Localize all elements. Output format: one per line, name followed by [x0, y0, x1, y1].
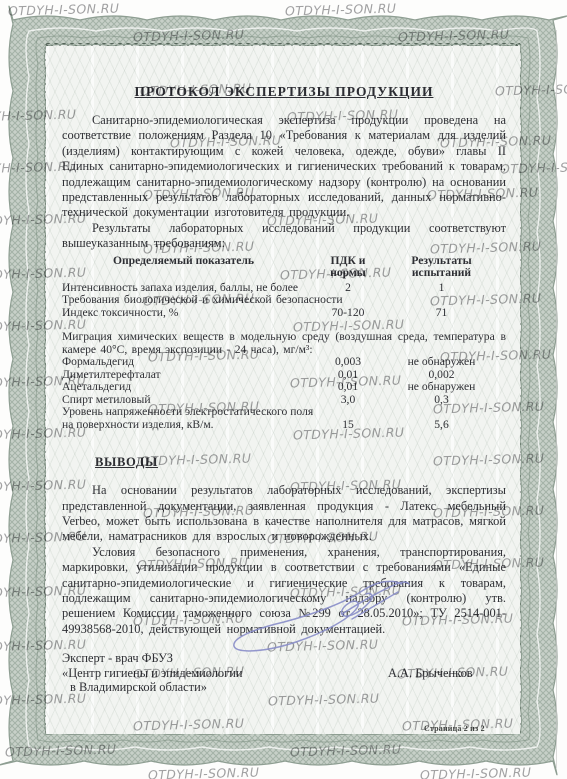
- header-indicator: Определяемый показатель: [62, 255, 305, 268]
- table-row: Ацетальдегид 0,01 не обнаружен: [62, 381, 506, 394]
- conclusions-heading: ВЫВОДЫ: [95, 455, 506, 470]
- page-number: Страница 2 из 2: [424, 724, 485, 733]
- expert-name: А.А. Брыченков: [388, 666, 473, 681]
- certificate-page: ПРОТОКОЛ ЭКСПЕРТИЗЫ ПРОДУКЦИИ Санитарно-…: [0, 0, 567, 779]
- header-result: Результаты испытаний: [391, 255, 506, 280]
- expert-org-line2: в Владимирской области»: [62, 680, 506, 695]
- results-table: Определяемый показатель ПДК и нормы Резу…: [62, 255, 506, 432]
- table-section-row: Требования биологической и химической бе…: [62, 294, 506, 307]
- scan-edge-line: [556, 30, 557, 768]
- table-header-row: Определяемый показатель ПДК и нормы Резу…: [62, 255, 506, 280]
- header-norm: ПДК и нормы: [305, 255, 391, 280]
- table-row: Уровень напряженности электростатическог…: [62, 406, 506, 431]
- signature: [224, 574, 414, 660]
- table-row: Индекс токсичности, % 70-120 71: [62, 307, 506, 320]
- results-statement: Результаты лабораторных исследований про…: [62, 221, 506, 252]
- document-title: ПРОТОКОЛ ЭКСПЕРТИЗЫ ПРОДУКЦИИ: [62, 84, 506, 100]
- table-row: Формальдегид 0,003 не обнаружен: [62, 356, 506, 369]
- table-caption-row: Миграция химических веществ в модельную …: [62, 331, 506, 356]
- intro-paragraph: Санитарно-эпидемиологическая экспертиза …: [62, 113, 506, 221]
- conclusion-paragraph-1: На основании результатов лабораторных ис…: [62, 483, 506, 545]
